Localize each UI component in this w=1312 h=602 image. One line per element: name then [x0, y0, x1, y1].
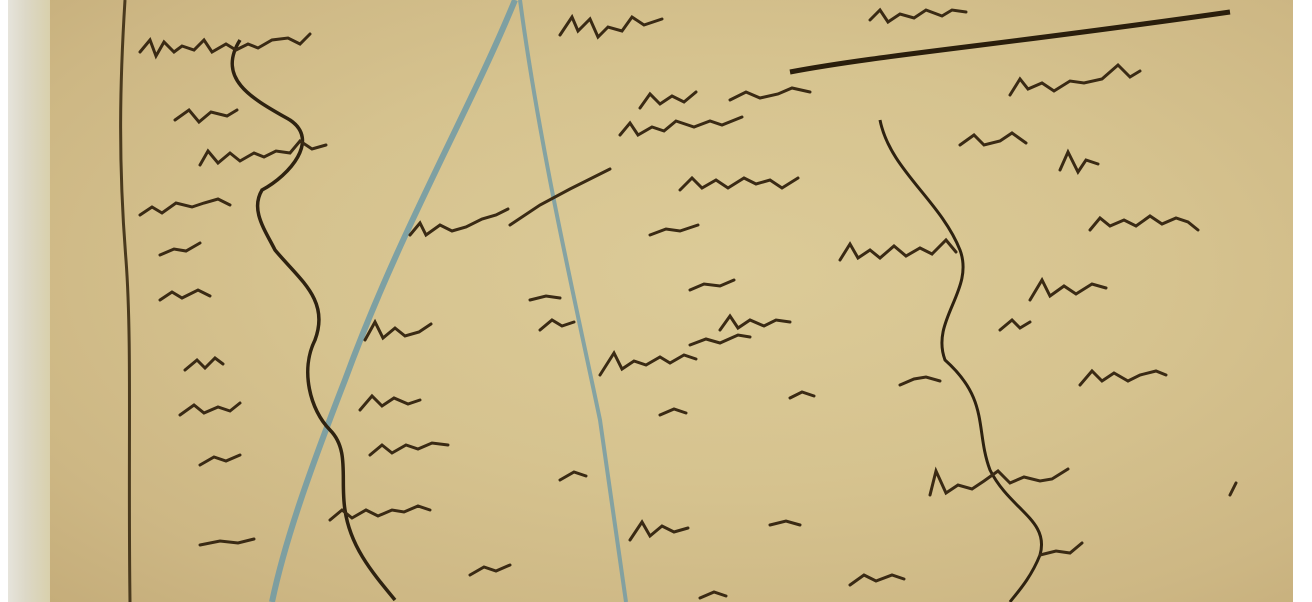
manuscript-photo: Photograph of a handwritten manuscript p…	[0, 0, 1312, 602]
blue-pencil-stroke-right	[520, 0, 626, 602]
handwriting-layer	[0, 0, 1312, 602]
underline-stroke	[790, 12, 1230, 72]
margin-line	[121, 0, 130, 602]
handwriting-lines	[140, 10, 1236, 598]
wavy-bracket-right	[880, 120, 1042, 602]
